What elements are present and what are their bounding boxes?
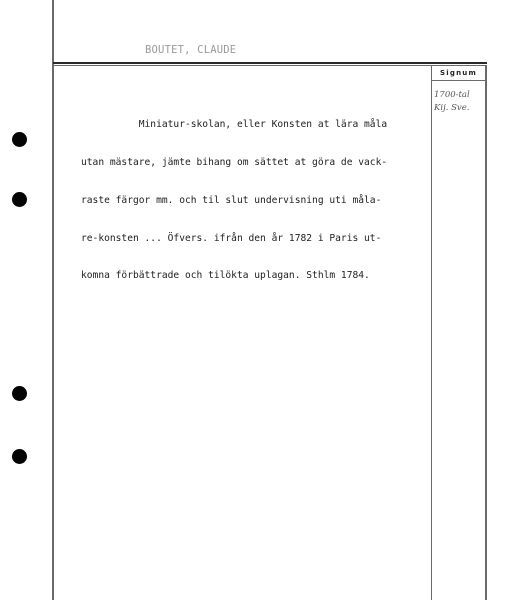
signum-note-line: 1700-tal bbox=[434, 89, 486, 102]
signum-handwritten-note: 1700-tal Kij. Sve. bbox=[434, 89, 486, 115]
signum-header-rule bbox=[432, 80, 485, 81]
signum-label: Signum bbox=[432, 67, 485, 80]
catalog-entry-text: Miniatur-skolan, eller Konsten at lära m… bbox=[81, 94, 429, 296]
signum-column-divider bbox=[431, 65, 432, 600]
header-rule-secondary bbox=[53, 65, 487, 66]
signum-column-border bbox=[485, 65, 487, 600]
margin-rule bbox=[52, 0, 54, 600]
entry-line: raste färgor mm. och til slut undervisni… bbox=[81, 195, 429, 208]
header-rule bbox=[53, 62, 487, 64]
entry-line: komna förbättrade och tilökta uplagan. S… bbox=[81, 270, 429, 283]
signum-note-line: Kij. Sve. bbox=[434, 102, 486, 115]
card-heading: BOUTET, CLAUDE bbox=[145, 44, 236, 56]
punch-hole bbox=[12, 449, 27, 464]
punch-hole bbox=[12, 132, 27, 147]
entry-line: Miniatur-skolan, eller Konsten at lära m… bbox=[81, 119, 429, 132]
punch-hole bbox=[12, 192, 27, 207]
entry-line: re-konsten ... Öfvers. ifrån den år 1782… bbox=[81, 233, 429, 246]
entry-line: utan mästare, jämte bihang om sättet at … bbox=[81, 157, 429, 170]
punch-hole bbox=[12, 386, 27, 401]
